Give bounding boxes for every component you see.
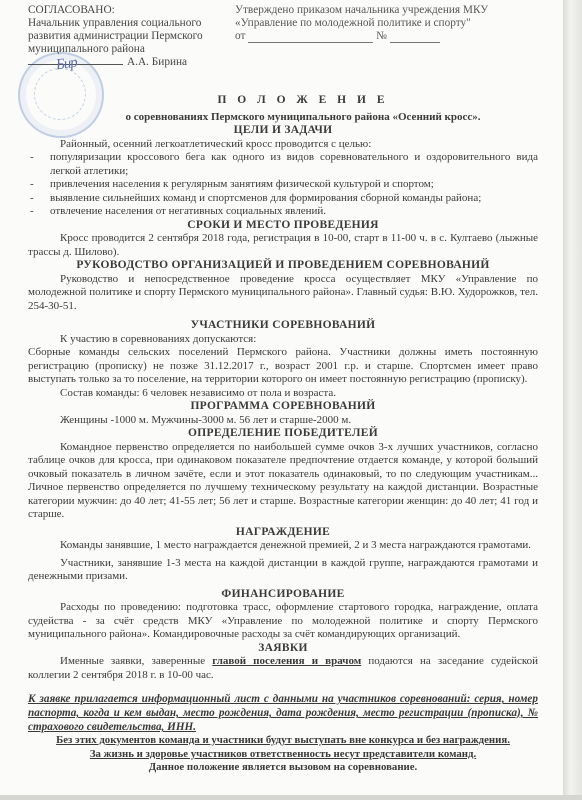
applications-emphasis: главой поселения и врачом — [212, 655, 361, 667]
applications-paragraph: Именные заявки, заверенные главой поселе… — [28, 655, 538, 682]
participants-paragraph: Сборные команды сельских поселений Пермс… — [28, 346, 538, 387]
approval-line: муниципального района — [28, 43, 203, 56]
winners-paragraph: Командное первенство определяется по наи… — [28, 441, 538, 522]
document-page: СОГЛАСОВАНО: Начальник управления социал… — [0, 0, 563, 795]
section-heading-management: РУКОВОДСТВО ОРГАНИЗАЦИЕЙ И ПРОВЕДЕНИЕМ С… — [28, 259, 538, 273]
order-line: «Управление по молодежной политике и спо… — [235, 17, 488, 30]
signatory-name: А.А. Бирина — [127, 56, 187, 68]
approval-line: развития администрации Пермского — [28, 30, 203, 43]
goal-item: привлечения населения к регулярным занят… — [28, 178, 538, 192]
goal-item: выявление сильнейших команд и спортсмено… — [28, 192, 538, 206]
goal-item: популяризации кроссового бега как одного… — [28, 151, 538, 178]
section-heading-awards: НАГРАЖДЕНИЕ — [28, 526, 538, 540]
goals-intro: Районный, осенний легкоатлетический крос… — [28, 138, 538, 152]
date-blank — [248, 42, 373, 43]
section-heading-winners: ОПРЕДЕЛЕНИЕ ПОБЕДИТЕЛЕЙ — [28, 427, 538, 441]
dates-paragraph: Кросс проводится 2 сентября 2018 года, р… — [28, 232, 538, 259]
section-heading-participants: УЧАСТНИКИ СОРЕВНОВАНИЙ — [28, 319, 538, 333]
handwritten-signature: Бир — [55, 55, 78, 75]
section-heading-applications: ЗАЯВКИ — [28, 642, 538, 656]
section-heading-goals: ЦЕЛИ И ЗАДАЧИ — [28, 124, 538, 138]
footer-line: Без этих документов команда и участники … — [28, 734, 538, 748]
scan-page-edge — [563, 0, 582, 800]
number-label: № — [376, 30, 387, 42]
document-title: П О Л О Ж Е Н И Е — [68, 94, 538, 108]
order-line: Утверждено приказом начальника учреждени… — [235, 4, 488, 17]
document-subtitle: о соревнованиях Пермского муниципального… — [68, 111, 538, 125]
awards-paragraph: Участники, занявшие 1-3 места на каждой … — [28, 557, 538, 584]
management-paragraph: Руководство и непосредственное проведени… — [28, 273, 538, 314]
order-date-number: от № — [235, 30, 488, 43]
program-paragraph: Женщины -1000 м. Мужчины-3000 м. 56 лет … — [28, 414, 538, 428]
footer-line: За жизнь и здоровье участников ответстве… — [28, 748, 538, 762]
financing-paragraph: Расходы по проведению: подготовка трасс,… — [28, 601, 538, 642]
section-heading-financing: ФИНАНСИРОВАНИЕ — [28, 588, 538, 602]
awards-paragraph: Команды занявшие, 1 место награждается д… — [28, 539, 538, 553]
approval-label: СОГЛАСОВАНО: — [28, 4, 203, 17]
participants-paragraph: Состав команды: 6 человек независимо от … — [28, 387, 538, 401]
section-heading-dates: СРОКИ И МЕСТО ПРОВЕДЕНИЯ — [28, 219, 538, 233]
document-body: П О Л О Ж Е Н И Е о соревнованиях Пермск… — [28, 84, 538, 775]
participants-paragraph: К участию в соревнованиях допускаются: — [28, 333, 538, 347]
goal-item: отвлечение населения от негативных социа… — [28, 205, 538, 219]
section-heading-program: ПРОГРАММА СОРЕВНОВАНИЙ — [28, 400, 538, 414]
approval-line: Начальник управления социального — [28, 17, 203, 30]
scan-bottom-edge — [0, 795, 582, 800]
approval-block-right: Утверждено приказом начальника учреждени… — [235, 4, 488, 43]
attachment-note: К заявке прилагается информационный лист… — [28, 692, 538, 734]
footer-line: Данное положение является вызовом на сор… — [28, 761, 538, 775]
number-blank — [390, 42, 440, 43]
applications-text: Именные заявки, заверенные — [60, 655, 212, 667]
from-label: от — [235, 30, 245, 42]
